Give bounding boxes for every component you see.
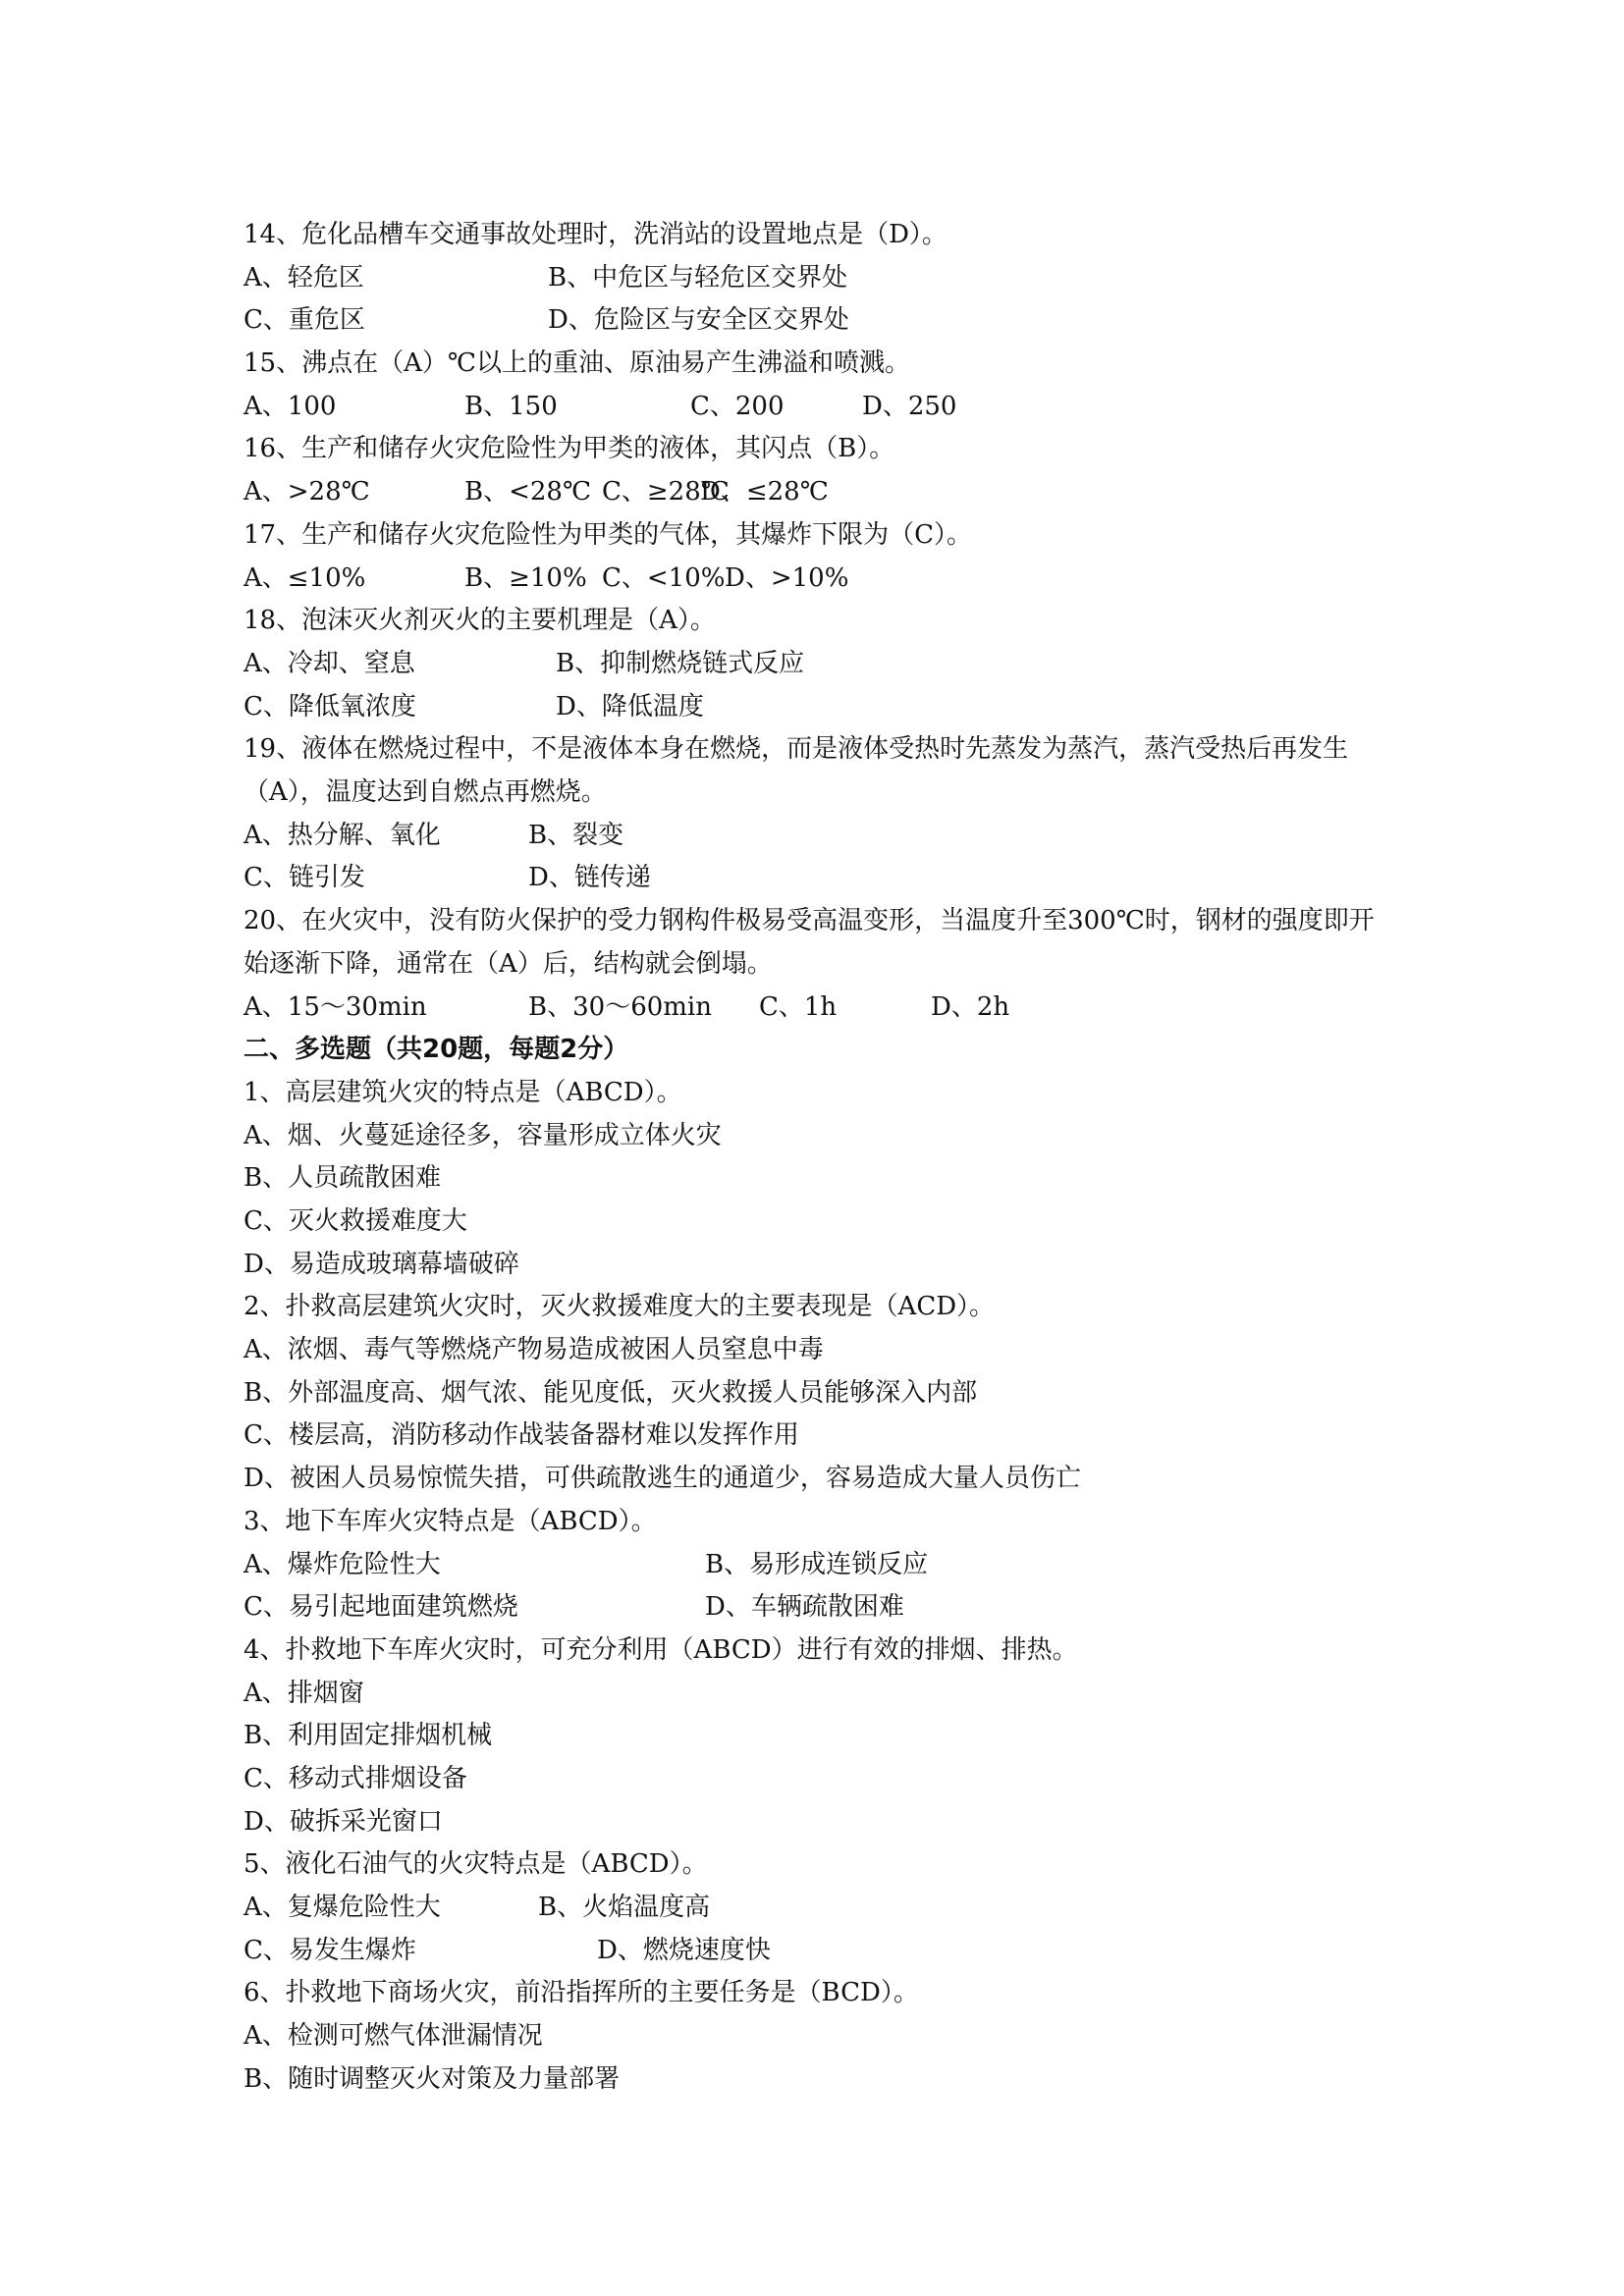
question-stem: 3、地下车库火灾特点是（ABCD）。 (244, 1501, 1382, 1544)
answer-option: A、轻危区 (244, 257, 548, 300)
answer-option: C、易发生爆炸 (244, 1930, 597, 1973)
option-row: C、易发生爆炸D、燃烧速度快 (244, 1930, 1382, 1973)
answer-option: C、移动式排烟设备 (244, 1758, 467, 1801)
answer-option: C、≥28℃ (602, 471, 700, 514)
question-stem: 19、液体在燃烧过程中，不是液体本身在燃烧，而是液体受热时先蒸发为蒸汽，蒸汽受热… (244, 728, 1382, 814)
answer-option: D、车辆疏散困难 (705, 1586, 904, 1629)
answer-option: A、浓烟、毒气等燃烧产物易造成被困人员窒息中毒 (244, 1329, 824, 1372)
option-row: A、15～30minB、30～60minC、1hD、2h (244, 987, 1382, 1030)
answer-option: B、利用固定排烟机械 (244, 1715, 492, 1758)
question-stem: 20、在火灾中，没有防火保护的受力钢构件极易受高温变形，当温度升至300℃时，钢… (244, 900, 1382, 986)
answer-option: A、热分解、氧化 (244, 815, 528, 858)
answer-option: C、重危区 (244, 299, 548, 343)
option-row: D、破拆采光窗口 (244, 1801, 1382, 1844)
answer-option: A、≤10% (244, 558, 464, 601)
option-row: A、100B、150C、200D、250 (244, 386, 1382, 429)
answer-option: B、30～60min (528, 987, 759, 1030)
answer-option: D、燃烧速度快 (597, 1930, 771, 1973)
option-row: B、随时调整灭火对策及力量部署 (244, 2058, 1382, 2102)
answer-option: C、1h (759, 987, 931, 1030)
question-stem: 18、泡沫灭火剂灭火的主要机理是（A）。 (244, 600, 1382, 643)
option-row: C、重危区D、危险区与安全区交界处 (244, 299, 1382, 343)
answer-option: B、抑制燃烧链式反应 (556, 643, 804, 686)
answer-option: D、>10% (725, 558, 848, 601)
answer-option: A、15～30min (244, 987, 528, 1030)
answer-option: D、250 (862, 386, 956, 429)
answer-option: A、排烟窗 (244, 1673, 364, 1716)
answer-option: B、≥10% (464, 558, 602, 601)
option-row: A、冷却、窒息B、抑制燃烧链式反应 (244, 643, 1382, 686)
option-row: A、复爆危险性大B、火焰温度高 (244, 1887, 1382, 1930)
option-row: B、利用固定排烟机械 (244, 1715, 1382, 1758)
option-row: A、热分解、氧化B、裂变 (244, 815, 1382, 858)
answer-option: A、>28℃ (244, 471, 464, 514)
answer-option: A、100 (244, 386, 464, 429)
answer-option: C、楼层高，消防移动作战装备器材难以发挥作用 (244, 1415, 799, 1458)
answer-option: D、2h (931, 987, 1009, 1030)
answer-option: B、150 (464, 386, 690, 429)
question-stem: 16、生产和储存火灾危险性为甲类的液体，其闪点（B）。 (244, 428, 1382, 471)
answer-option: B、人员疏散困难 (244, 1157, 441, 1201)
option-row: D、被困人员易惊慌失措，可供疏散逃生的通道少，容易造成大量人员伤亡 (244, 1458, 1382, 1501)
option-row: B、外部温度高、烟气浓、能见度低，灭火救援人员能够深入内部 (244, 1372, 1382, 1415)
answer-option: A、检测可燃气体泄漏情况 (244, 2015, 543, 2058)
option-row: A、排烟窗 (244, 1673, 1382, 1716)
answer-option: C、易引起地面建筑燃烧 (244, 1586, 705, 1629)
section-heading-multiple-choice: 二、多选题（共20题，每题2分） (244, 1029, 1382, 1072)
answer-option: B、火焰温度高 (538, 1887, 710, 1930)
option-row: C、降低氧浓度D、降低温度 (244, 686, 1382, 729)
answer-option: C、链引发 (244, 857, 528, 900)
question-stem: 14、危化品槽车交通事故处理时，洗消站的设置地点是（D）。 (244, 214, 1382, 257)
answer-option: A、冷却、窒息 (244, 643, 556, 686)
answer-option: D、被困人员易惊慌失措，可供疏散逃生的通道少，容易造成大量人员伤亡 (244, 1458, 1081, 1501)
option-row: A、浓烟、毒气等燃烧产物易造成被困人员窒息中毒 (244, 1329, 1382, 1372)
option-row: B、人员疏散困难 (244, 1157, 1382, 1201)
answer-option: D、破拆采光窗口 (244, 1801, 443, 1844)
option-row: C、移动式排烟设备 (244, 1758, 1382, 1801)
answer-option: B、外部温度高、烟气浓、能见度低，灭火救援人员能够深入内部 (244, 1372, 977, 1415)
answer-option: C、降低氧浓度 (244, 686, 556, 729)
option-row: A、爆炸危险性大B、易形成连锁反应 (244, 1544, 1382, 1587)
answer-option: D、易造成玻璃幕墙破碎 (244, 1244, 519, 1287)
question-stem: 1、高层建筑火灾的特点是（ABCD）。 (244, 1072, 1382, 1115)
option-row: A、检测可燃气体泄漏情况 (244, 2015, 1382, 2058)
answer-option: C、200 (690, 386, 862, 429)
document-page: 14、危化品槽车交通事故处理时，洗消站的设置地点是（D）。A、轻危区B、中危区与… (244, 214, 1382, 2101)
answer-option: B、随时调整灭火对策及力量部署 (244, 2058, 620, 2102)
question-stem: 4、扑救地下车库火灾时，可充分利用（ABCD）进行有效的排烟、排热。 (244, 1629, 1382, 1673)
option-row: D、易造成玻璃幕墙破碎 (244, 1244, 1382, 1287)
answer-option: A、复爆危险性大 (244, 1887, 538, 1930)
answer-option: C、灭火救援难度大 (244, 1201, 467, 1244)
question-stem: 6、扑救地下商场火灾，前沿指挥所的主要任务是（BCD）。 (244, 1972, 1382, 2015)
question-stem: 15、沸点在（A）℃以上的重油、原油易产生沸溢和喷溅。 (244, 343, 1382, 386)
answer-option: D、危险区与安全区交界处 (548, 299, 849, 343)
option-row: C、易引起地面建筑燃烧D、车辆疏散困难 (244, 1586, 1382, 1629)
answer-option: B、易形成连锁反应 (705, 1544, 928, 1587)
answer-option: B、<28℃ (464, 471, 602, 514)
option-row: A、≤10%B、≥10%C、<10%D、>10% (244, 558, 1382, 601)
multiple-choice-section: 1、高层建筑火灾的特点是（ABCD）。A、烟、火蔓延途径多，容量形成立体火灾B、… (244, 1072, 1382, 2102)
answer-option: B、中危区与轻危区交界处 (548, 257, 847, 300)
answer-option: D、链传递 (528, 857, 651, 900)
answer-option: D、≤28℃ (700, 471, 829, 514)
option-row: A、>28℃B、<28℃C、≥28℃D、≤28℃ (244, 471, 1382, 514)
option-row: C、链引发D、链传递 (244, 857, 1382, 900)
single-choice-section: 14、危化品槽车交通事故处理时，洗消站的设置地点是（D）。A、轻危区B、中危区与… (244, 214, 1382, 1029)
answer-option: C、<10% (602, 558, 725, 601)
answer-option: D、降低温度 (556, 686, 704, 729)
option-row: C、楼层高，消防移动作战装备器材难以发挥作用 (244, 1415, 1382, 1458)
question-stem: 5、液化石油气的火灾特点是（ABCD）。 (244, 1843, 1382, 1887)
question-stem: 17、生产和储存火灾危险性为甲类的气体，其爆炸下限为（C）。 (244, 514, 1382, 558)
answer-option: B、裂变 (528, 815, 623, 858)
option-row: A、烟、火蔓延途径多，容量形成立体火灾 (244, 1115, 1382, 1158)
question-stem: 2、扑救高层建筑火灾时，灭火救援难度大的主要表现是（ACD）。 (244, 1286, 1382, 1329)
answer-option: A、烟、火蔓延途径多，容量形成立体火灾 (244, 1115, 722, 1158)
option-row: A、轻危区B、中危区与轻危区交界处 (244, 257, 1382, 300)
option-row: C、灭火救援难度大 (244, 1201, 1382, 1244)
answer-option: A、爆炸危险性大 (244, 1544, 705, 1587)
